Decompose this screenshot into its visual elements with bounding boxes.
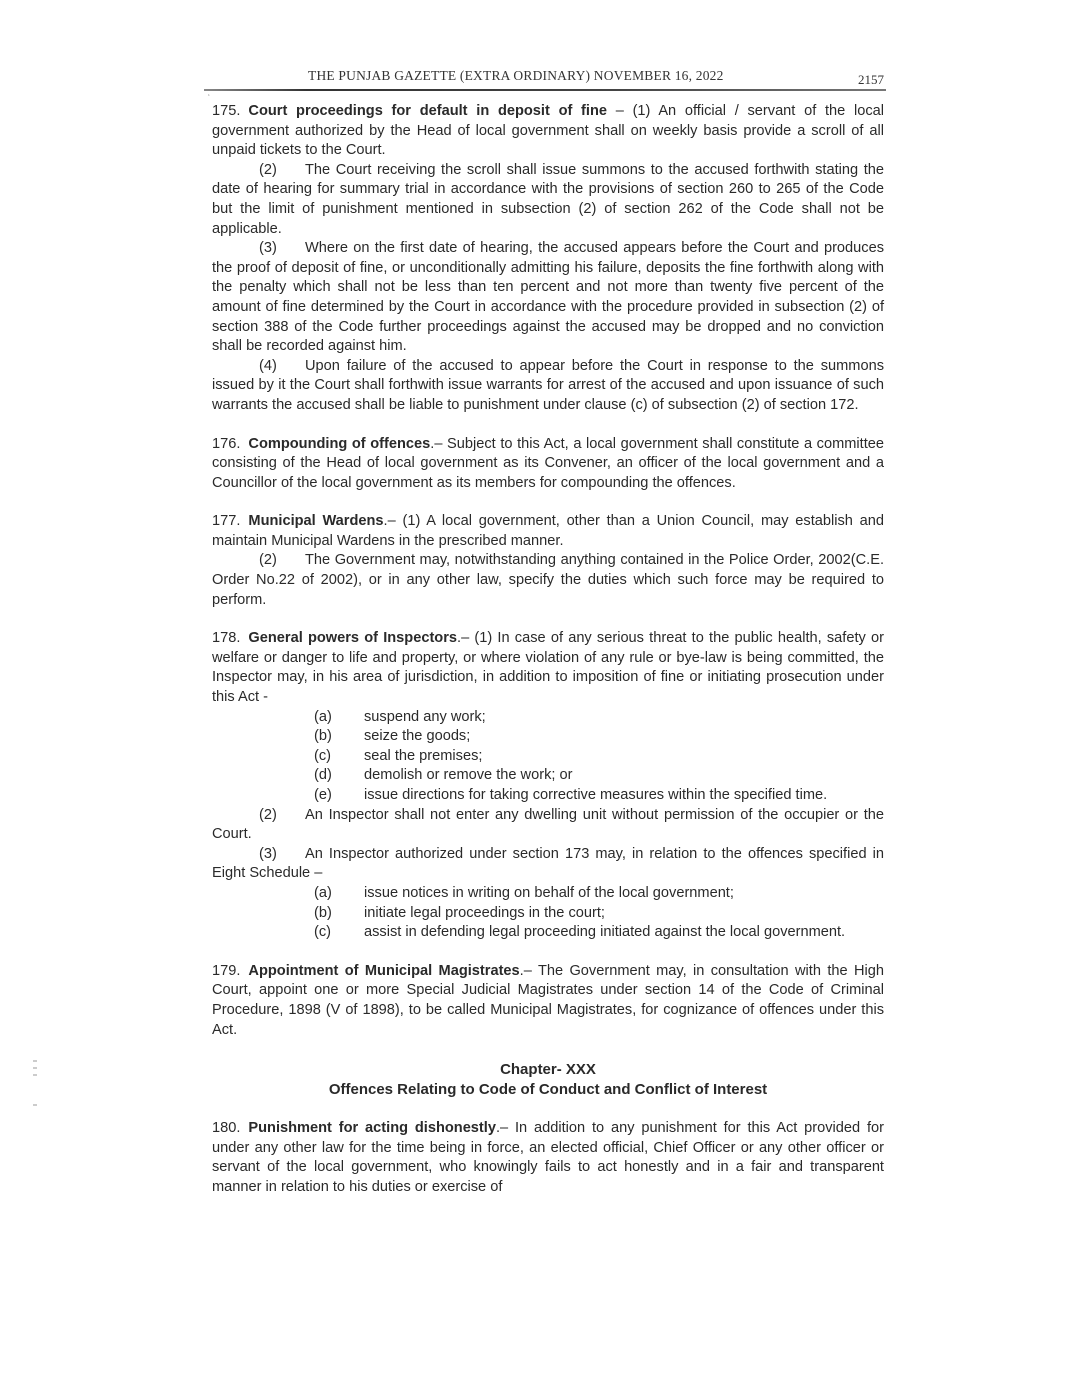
header-rule (204, 89, 886, 91)
subsection-text: An Inspector authorized under section 17… (212, 846, 884, 882)
section-number: 178. (212, 630, 240, 646)
section-number: 177. (212, 513, 240, 529)
subsection-text: Upon failure of the accused to appear be… (212, 358, 884, 413)
section-177-intro: 177.Municipal Wardens.– (1) A local gove… (212, 512, 884, 551)
section-number: 180. (212, 1120, 240, 1136)
clause-text: suspend any work; (364, 708, 884, 728)
clause-item: (b)seize the goods; (314, 727, 884, 747)
clause-item: (e)issue directions for taking correctiv… (314, 786, 884, 806)
section-176-text: 176.Compounding of offences.– Subject to… (212, 435, 884, 494)
clause-item: (c)assist in defending legal proceeding … (314, 923, 884, 943)
chapter-heading: Chapter- XXX Offences Relating to Code o… (212, 1060, 884, 1100)
section-175: 175.Court proceedings for default in dep… (212, 102, 884, 416)
section-175-subsection-2: (2)The Court receiving the scroll shall … (212, 161, 884, 239)
section-number: 175. (212, 103, 240, 119)
clause-label: (b) (314, 727, 364, 747)
clause-item: (b)initiate legal proceedings in the cou… (314, 904, 884, 924)
clause-text: demolish or remove the work; or (364, 766, 884, 786)
page-number: 2157 (858, 72, 884, 88)
section-177: 177.Municipal Wardens.– (1) A local gove… (212, 512, 884, 610)
subsection-label: (2) (259, 551, 305, 571)
subsection-label: (3) (259, 845, 305, 865)
clause-text: seize the goods; (364, 727, 884, 747)
clause-label: (b) (314, 904, 364, 924)
subsection-label: (2) (259, 806, 305, 826)
section-175-subsection-4: (4)Upon failure of the accused to appear… (212, 357, 884, 416)
section-175-subsection-3: (3)Where on the first date of hearing, t… (212, 239, 884, 357)
subsection-text: An Inspector shall not enter any dwellin… (212, 807, 884, 843)
subsection-text: Where on the first date of hearing, the … (212, 240, 884, 354)
section-176: 176.Compounding of offences.– Subject to… (212, 435, 884, 494)
section-heading: Court proceedings for default in deposit… (248, 103, 607, 119)
section-heading: Punishment for acting dishonestly (248, 1120, 496, 1136)
section-178-subsection-2: (2)An Inspector shall not enter any dwel… (212, 806, 884, 845)
section-179-text: 179.Appointment of Municipal Magistrates… (212, 962, 884, 1040)
clause-label: (a) (314, 708, 364, 728)
clause-label: (a) (314, 884, 364, 904)
subsection-label: (2) (259, 161, 305, 181)
clause-text: initiate legal proceedings in the court; (364, 904, 884, 924)
clause-text: issue directions for taking corrective m… (364, 786, 884, 806)
section-heading: Compounding of offences (248, 436, 430, 452)
margin-mark (33, 1060, 37, 1062)
section-number: 176. (212, 436, 240, 452)
header-tick-mark: ‘ (208, 93, 210, 102)
gazette-title: THE PUNJAB GAZETTE (EXTRA ORDINARY) NOVE… (308, 68, 724, 84)
page-header: THE PUNJAB GAZETTE (EXTRA ORDINARY) NOVE… (212, 60, 884, 96)
clause-item: (d)demolish or remove the work; or (314, 766, 884, 786)
margin-marks (33, 1060, 39, 1111)
subsection-text: The Court receiving the scroll shall iss… (212, 162, 884, 237)
gazette-page: THE PUNJAB GAZETTE (EXTRA ORDINARY) NOVE… (212, 60, 884, 1198)
clause-label: (c) (314, 747, 364, 767)
section-number: 179. (212, 963, 240, 979)
section-178-subsection-3: (3)An Inspector authorized under section… (212, 845, 884, 884)
subsection-label: (3) (259, 239, 305, 259)
margin-mark (33, 1067, 37, 1069)
clause-item: (a)issue notices in writing on behalf of… (314, 884, 884, 904)
section-180: 180.Punishment for acting dishonestly.– … (212, 1119, 884, 1197)
clause-text: assist in defending legal proceeding ini… (364, 923, 884, 943)
section-heading: Municipal Wardens (248, 513, 383, 529)
section-175-intro: 175.Court proceedings for default in dep… (212, 102, 884, 161)
clause-label: (c) (314, 923, 364, 943)
clause-text: issue notices in writing on behalf of th… (364, 884, 884, 904)
clause-item: (c)seal the premises; (314, 747, 884, 767)
section-178-clauses-1: (a)suspend any work; (b)seize the goods;… (212, 708, 884, 806)
subsection-text: The Government may, notwithstanding anyt… (212, 552, 884, 607)
section-178-clauses-3: (a)issue notices in writing on behalf of… (212, 884, 884, 943)
margin-mark (33, 1104, 37, 1106)
margin-mark (33, 1074, 37, 1076)
section-178: 178.General powers of Inspectors.– (1) I… (212, 629, 884, 943)
section-179: 179.Appointment of Municipal Magistrates… (212, 962, 884, 1040)
clause-label: (e) (314, 786, 364, 806)
subsection-label: (4) (259, 357, 305, 377)
section-180-text: 180.Punishment for acting dishonestly.– … (212, 1119, 884, 1197)
section-heading: General powers of Inspectors (248, 630, 457, 646)
chapter-label: Chapter- XXX (212, 1060, 884, 1080)
clause-text: seal the premises; (364, 747, 884, 767)
clause-label: (d) (314, 766, 364, 786)
section-177-subsection-2: (2)The Government may, notwithstanding a… (212, 551, 884, 610)
section-178-intro: 178.General powers of Inspectors.– (1) I… (212, 629, 884, 707)
clause-item: (a)suspend any work; (314, 708, 884, 728)
chapter-title: Offences Relating to Code of Conduct and… (212, 1080, 884, 1100)
section-heading: Appointment of Municipal Magistrates (248, 963, 519, 979)
